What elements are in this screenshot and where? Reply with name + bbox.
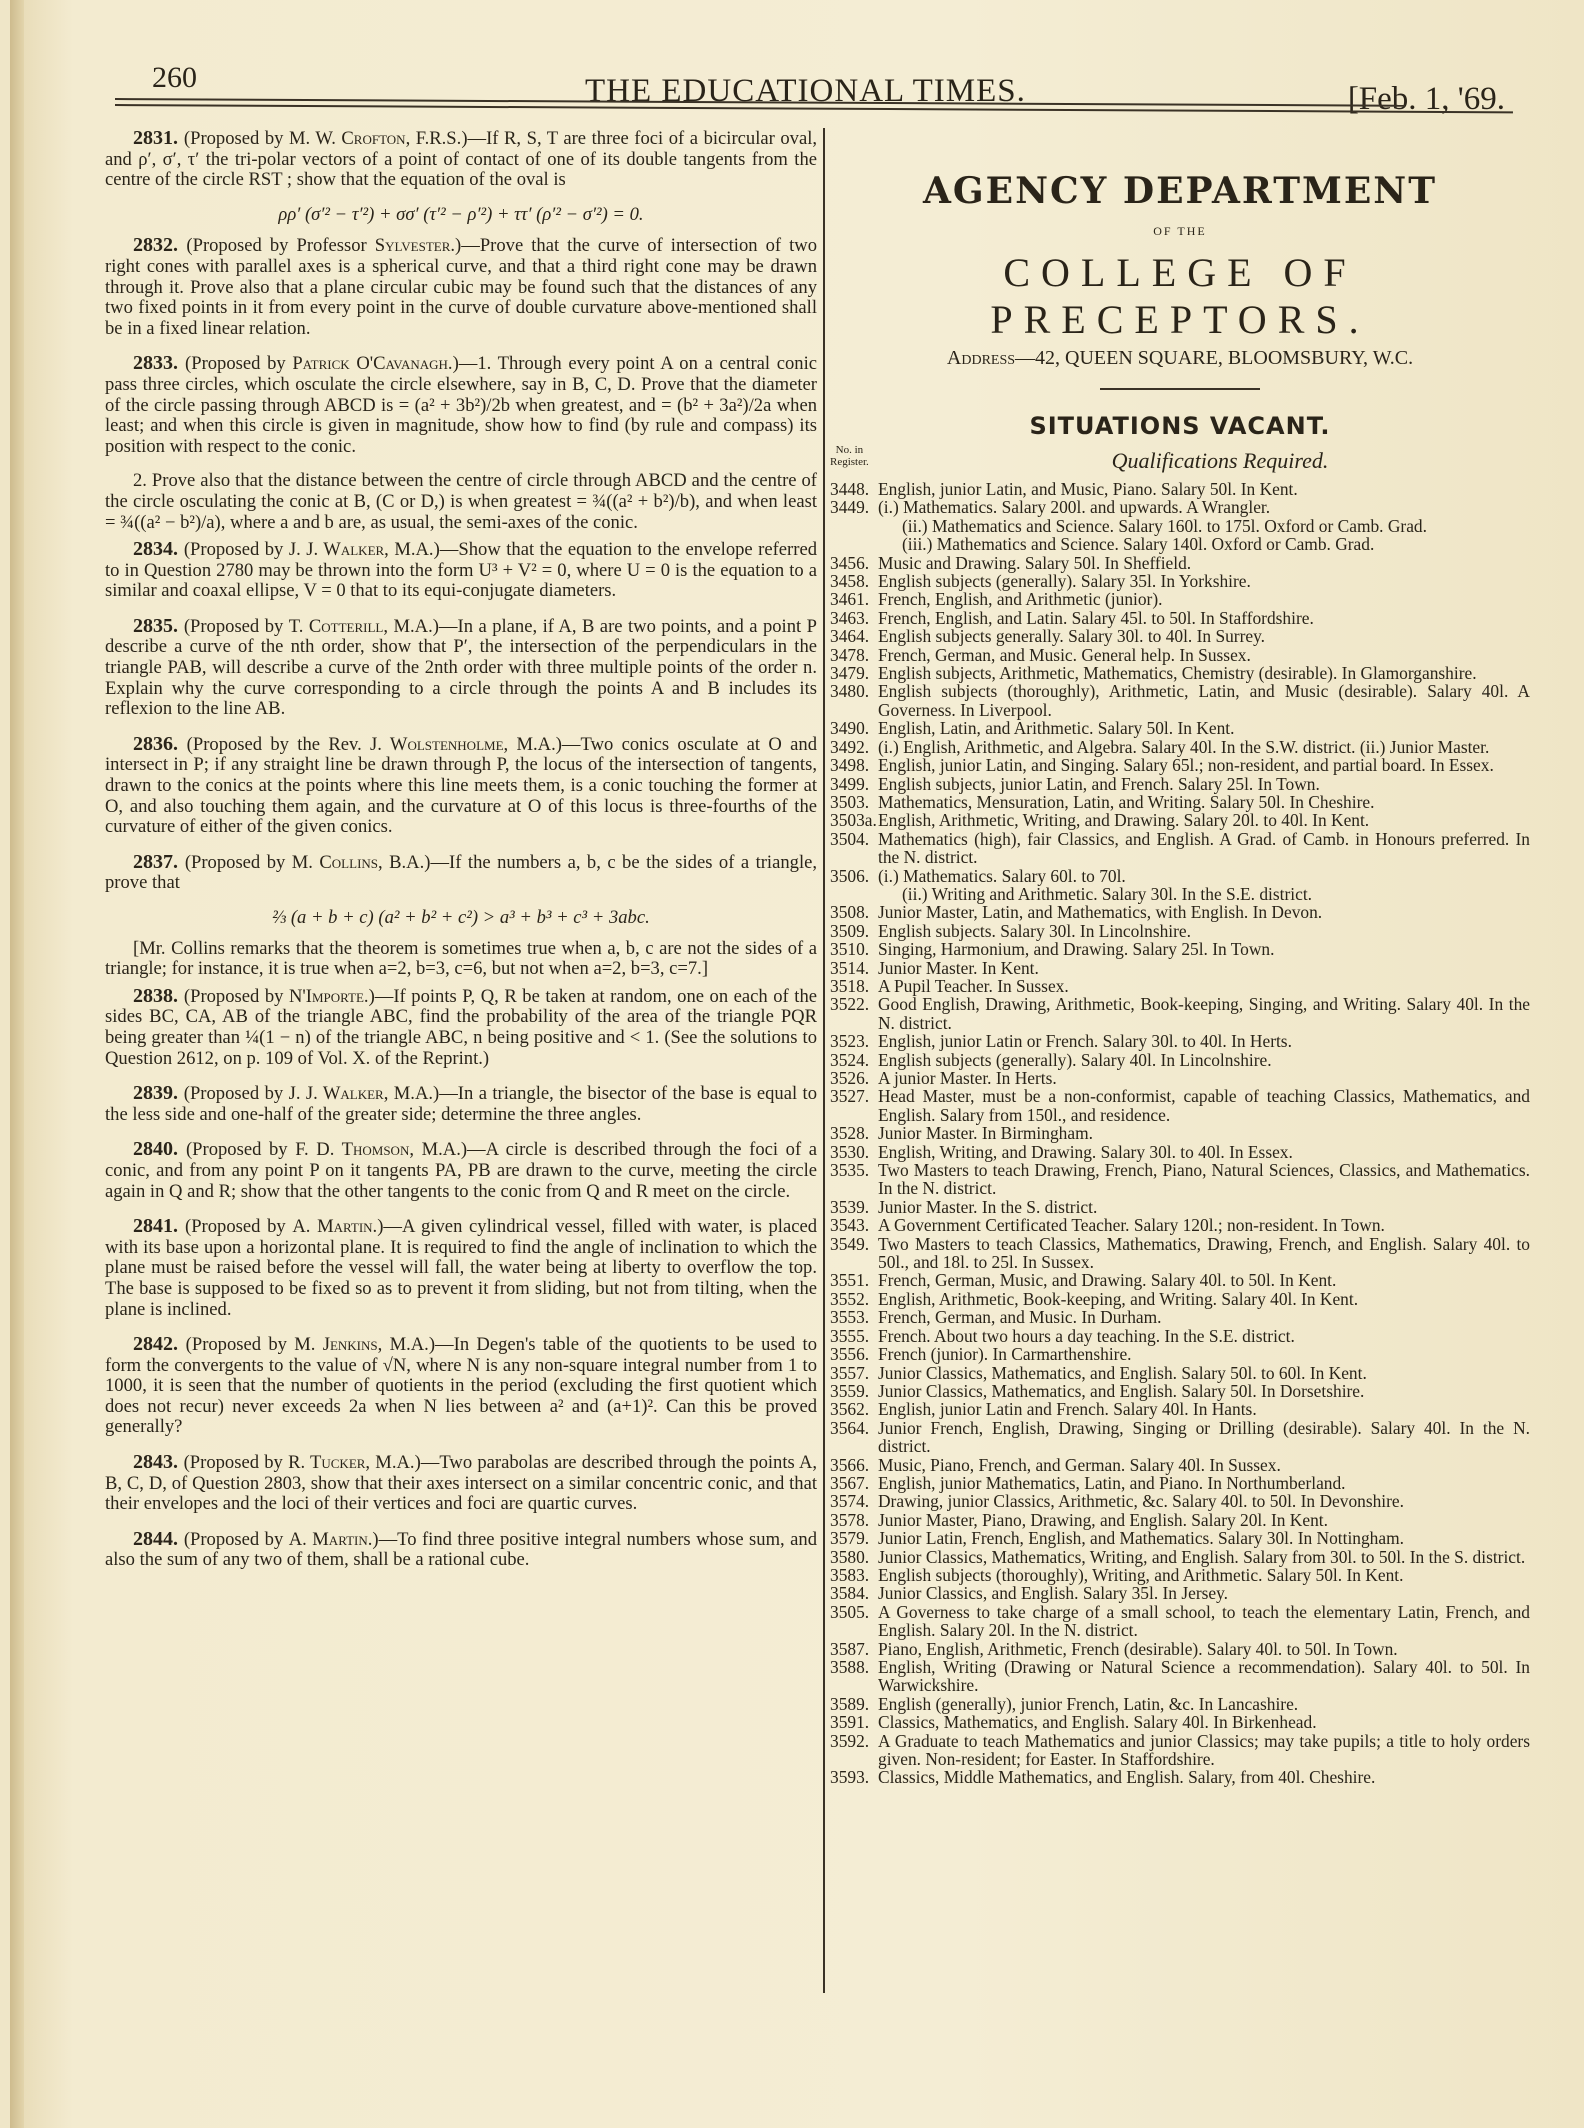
situation-entry: 3458.English subjects (generally). Salar…: [830, 572, 1530, 590]
situation-qualifications: (i.) Mathematics. Salary 60l. to 70l.: [878, 867, 1530, 885]
situation-entry: 3543.A Government Certificated Teacher. …: [830, 1216, 1530, 1234]
situation-entry: 3562.English, junior Latin and French. S…: [830, 1400, 1530, 1418]
proposed-by-prefix: (Proposed by: [185, 353, 292, 374]
register-number: 3539.: [830, 1198, 878, 1216]
proposer-name: F. D. Thomson, M.A.: [295, 1139, 461, 1160]
register-number: 3556.: [830, 1345, 878, 1363]
situation-qualifications: English, Arithmetic, Book-keeping, and W…: [878, 1290, 1530, 1308]
situation-qualifications: Junior Classics, Mathematics, and Englis…: [878, 1364, 1530, 1382]
register-number: 3592.: [830, 1732, 878, 1769]
column-headers: No. inRegister. Qualifications Required.: [830, 440, 1530, 480]
register-number: [830, 885, 878, 903]
situation-qualifications: Drawing, junior Classics, Arithmetic, &c…: [878, 1492, 1530, 1510]
question-2833: 2833. (Proposed by Patrick O'Cavanagh.)—…: [105, 353, 817, 457]
situation-qualifications: English subjects. Salary 30l. In Lincoln…: [878, 922, 1530, 940]
situation-qualifications: A Pupil Teacher. In Sussex.: [878, 977, 1530, 995]
situation-qualifications: (i.) Mathematics. Salary 200l. and upwar…: [878, 498, 1530, 516]
register-number: 3557.: [830, 1364, 878, 1382]
question-number: 2839.: [133, 1082, 184, 1104]
question-2843: 2843. (Proposed by R. Tucker, M.A.)—Two …: [105, 1452, 817, 1515]
proposed-by-prefix: (Proposed by: [184, 1452, 288, 1473]
register-number: 3461.: [830, 590, 878, 608]
register-number: 3510.: [830, 940, 878, 958]
situation-qualifications: English, Writing, and Drawing. Salary 30…: [878, 1143, 1530, 1161]
situation-entry: 3587.Piano, English, Arithmetic, French …: [830, 1640, 1530, 1658]
proposed-by-prefix: (Proposed by: [185, 1216, 292, 1237]
register-number: 3578.: [830, 1511, 878, 1529]
situation-entry: 3492.(i.) English, Arithmetic, and Algeb…: [830, 738, 1530, 756]
situation-entry: 3499.English subjects, junior Latin, and…: [830, 775, 1530, 793]
register-number: 3552.: [830, 1290, 878, 1308]
situation-entry: 3578.Junior Master, Piano, Drawing, and …: [830, 1511, 1530, 1529]
situation-entry: 3574.Drawing, junior Classics, Arithmeti…: [830, 1492, 1530, 1510]
register-number: 3549.: [830, 1235, 878, 1272]
situation-qualifications: English subjects (generally). Salary 40l…: [878, 1051, 1530, 1069]
register-number: 3505.: [830, 1603, 878, 1640]
question-number: 2836.: [133, 733, 187, 755]
situation-qualifications: French, English, and Latin. Salary 45l. …: [878, 609, 1530, 627]
situation-qualifications: Head Master, must be a non-conformist, c…: [878, 1087, 1530, 1124]
proposer-name: M. W. Crofton, F.R.S.: [289, 128, 461, 149]
register-number: [830, 517, 878, 535]
address-label: Address: [947, 347, 1015, 369]
situation-qualifications: Two Masters to teach Classics, Mathemati…: [878, 1235, 1530, 1272]
proposed-by-prefix: (Proposed by the Rev.: [187, 734, 370, 755]
register-number: 3518.: [830, 977, 878, 995]
question-2836: 2836. (Proposed by the Rev. J. Wolstenho…: [105, 734, 817, 838]
page-spine-shadow: [10, 0, 24, 2128]
situation-entry: 3588.English, Writing (Drawing or Natura…: [830, 1658, 1530, 1695]
question-number: 2840.: [133, 1138, 186, 1160]
register-number: 3564.: [830, 1419, 878, 1456]
equation: ⅔ (a + b + c) (a² + b² + c²) > a³ + b³ +…: [105, 908, 817, 929]
question-2839: 2839. (Proposed by J. J. Walker, M.A.)—I…: [105, 1083, 817, 1125]
situation-entry: (ii.) Mathematics and Science. Salary 16…: [830, 517, 1530, 535]
of-the-label: OF THE: [830, 224, 1530, 239]
situation-entry: 3530.English, Writing, and Drawing. Sala…: [830, 1143, 1530, 1161]
proposer-name: J. Wolstenholme, M.A.: [370, 734, 556, 755]
agency-department-column: AGENCY DEPARTMENT OF THE COLLEGE OF PREC…: [830, 160, 1530, 1787]
situation-qualifications: French, German, Music, and Drawing. Sala…: [878, 1271, 1530, 1289]
situation-qualifications: Piano, English, Arithmetic, French (desi…: [878, 1640, 1530, 1658]
situation-qualifications: A junior Master. In Herts.: [878, 1069, 1530, 1087]
situation-entry: 3539.Junior Master. In the S. district.: [830, 1198, 1530, 1216]
situation-qualifications: (i.) English, Arithmetic, and Algebra. S…: [878, 738, 1530, 756]
register-number: 3504.: [830, 830, 878, 867]
register-number: 3553.: [830, 1308, 878, 1326]
situation-qualifications: A Graduate to teach Mathematics and juni…: [878, 1732, 1530, 1769]
proposer-name: Sylvester.: [375, 235, 455, 256]
situation-entry: (iii.) Mathematics and Science. Salary 1…: [830, 535, 1530, 553]
register-number: 3506.: [830, 867, 878, 885]
situation-entry: 3552.English, Arithmetic, Book-keeping, …: [830, 1290, 1530, 1308]
situation-entry: 3478.French, German, and Music. General …: [830, 646, 1530, 664]
register-number: 3523.: [830, 1032, 878, 1050]
situation-entry: 3503.Mathematics, Mensuration, Latin, an…: [830, 793, 1530, 811]
college-title: COLLEGE OF PRECEPTORS.: [830, 249, 1530, 343]
situation-entry: 3527.Head Master, must be a non-conformi…: [830, 1087, 1530, 1124]
situation-entry: (ii.) Writing and Arithmetic. Salary 30l…: [830, 885, 1530, 903]
question-number: 2844.: [133, 1528, 184, 1550]
proposer-name: A. Martin.: [289, 1529, 373, 1550]
situation-qualifications: English subjects, junior Latin, and Fren…: [878, 775, 1530, 793]
question-number: 2841.: [133, 1215, 185, 1237]
situation-qualifications: English, junior Latin or French. Salary …: [878, 1032, 1530, 1050]
question-number: 2837.: [133, 851, 185, 873]
mathematical-questions-column: 2831. (Proposed by M. W. Crofton, F.R.S.…: [105, 128, 817, 1585]
situation-entry: 3557.Junior Classics, Mathematics, and E…: [830, 1364, 1530, 1382]
question-2831: 2831. (Proposed by M. W. Crofton, F.R.S.…: [105, 128, 817, 191]
question-2838: 2838. (Proposed by N'Importe.)—If points…: [105, 986, 817, 1069]
situation-qualifications: Junior Master. In the S. district.: [878, 1198, 1530, 1216]
situation-qualifications: French, English, and Arithmetic (junior)…: [878, 590, 1530, 608]
situation-qualifications: A Governess to take charge of a small sc…: [878, 1603, 1530, 1640]
situation-entry: 3498.English, junior Latin, and Singing.…: [830, 756, 1530, 774]
proposer-name: M. Jenkins, M.A.: [294, 1334, 429, 1355]
situation-qualifications: Two Masters to teach Drawing, French, Pi…: [878, 1161, 1530, 1198]
question-2840: 2840. (Proposed by F. D. Thomson, M.A.)—…: [105, 1139, 817, 1202]
proposed-by-prefix: (Proposed by: [184, 986, 289, 1007]
section-rule: [1100, 388, 1260, 390]
situation-qualifications: English, junior Mathematics, Latin, and …: [878, 1474, 1530, 1492]
situation-qualifications: Classics, Mathematics, and English. Sala…: [878, 1713, 1530, 1731]
register-number: 3492.: [830, 738, 878, 756]
situation-entry: 3503a.English, Arithmetic, Writing, and …: [830, 811, 1530, 829]
question-number: 2831.: [133, 127, 184, 149]
situation-qualifications: A Government Certificated Teacher. Salar…: [878, 1216, 1530, 1234]
register-number: 3562.: [830, 1400, 878, 1418]
situation-entry: 3480.English subjects (thoroughly), Arit…: [830, 682, 1530, 719]
situation-entry: 3456.Music and Drawing. Salary 50l. In S…: [830, 554, 1530, 572]
situation-entry: 3518.A Pupil Teacher. In Sussex.: [830, 977, 1530, 995]
proposer-name: N'Importe.: [289, 986, 369, 1007]
question-2835: 2835. (Proposed by T. Cotterill, M.A.)—I…: [105, 616, 817, 720]
register-number: 3584.: [830, 1584, 878, 1602]
situation-entry: 3490.English, Latin, and Arithmetic. Sal…: [830, 719, 1530, 737]
question-number: 2834.: [133, 538, 184, 560]
situation-entry: 3448.English, junior Latin, and Music, P…: [830, 480, 1530, 498]
register-number: 3591.: [830, 1713, 878, 1731]
situation-qualifications: French. About two hours a day teaching. …: [878, 1327, 1530, 1345]
situation-entry: 3522.Good English, Drawing, Arithmetic, …: [830, 995, 1530, 1032]
register-number: 3530.: [830, 1143, 878, 1161]
register-number: 3551.: [830, 1271, 878, 1289]
situation-entry: 3523.English, junior Latin or French. Sa…: [830, 1032, 1530, 1050]
proposed-by-prefix: (Proposed by: [184, 539, 289, 560]
situation-qualifications: Junior Classics, Mathematics, and Englis…: [878, 1382, 1530, 1400]
register-number: [830, 535, 878, 553]
situation-qualifications: Singing, Harmonium, and Drawing. Salary …: [878, 940, 1530, 958]
register-number: 3480.: [830, 682, 878, 719]
situations-vacant-heading: SITUATIONS VACANT.: [830, 412, 1530, 440]
situation-entry: 3510.Singing, Harmonium, and Drawing. Sa…: [830, 940, 1530, 958]
situation-entry: 3580.Junior Classics, Mathematics, Writi…: [830, 1548, 1530, 1566]
situation-qualifications: French, German, and Music. In Durham.: [878, 1308, 1530, 1326]
situation-qualifications: Junior French, English, Drawing, Singing…: [878, 1419, 1530, 1456]
register-number: 3498.: [830, 756, 878, 774]
situation-entry: 3553.French, German, and Music. In Durha…: [830, 1308, 1530, 1326]
situation-entry: 3505.A Governess to take charge of a sma…: [830, 1603, 1530, 1640]
situation-entry: 3555.French. About two hours a day teach…: [830, 1327, 1530, 1345]
situation-entry: 3504.Mathematics (high), fair Classics, …: [830, 830, 1530, 867]
situation-entry: 3566.Music, Piano, French, and German. S…: [830, 1456, 1530, 1474]
register-number: 3456.: [830, 554, 878, 572]
situation-entry: 3514.Junior Master. In Kent.: [830, 959, 1530, 977]
situation-entry: 3506.(i.) Mathematics. Salary 60l. to 70…: [830, 867, 1530, 885]
agency-title: AGENCY DEPARTMENT: [830, 170, 1530, 212]
question-2844: 2844. (Proposed by A. Martin.)—To find t…: [105, 1529, 817, 1571]
register-number: 3499.: [830, 775, 878, 793]
situation-qualifications: (ii.) Mathematics and Science. Salary 16…: [878, 517, 1530, 535]
situation-qualifications: English, junior Latin, and Singing. Sala…: [878, 756, 1530, 774]
register-number: 3449.: [830, 498, 878, 516]
situation-entry: 3551.French, German, Music, and Drawing.…: [830, 1271, 1530, 1289]
situation-entry: 3564.Junior French, English, Drawing, Si…: [830, 1419, 1530, 1456]
register-number: 3522.: [830, 995, 878, 1032]
proposer-name: M. Collins, B.A.: [292, 852, 425, 873]
proposer-name: R. Tucker, M.A.: [288, 1452, 415, 1473]
situations-list: 3448.English, junior Latin, and Music, P…: [830, 480, 1530, 1787]
register-number: 3535.: [830, 1161, 878, 1198]
situation-qualifications: English, junior Latin and French. Salary…: [878, 1400, 1530, 1418]
register-number: 3543.: [830, 1216, 878, 1234]
register-number: 3528.: [830, 1124, 878, 1142]
register-number: 3508.: [830, 903, 878, 921]
proposer-name: A. Martin.: [292, 1216, 377, 1237]
situation-qualifications: Mathematics, Mensuration, Latin, and Wri…: [878, 793, 1530, 811]
situation-entry: 3526.A junior Master. In Herts.: [830, 1069, 1530, 1087]
situation-entry: 3579.Junior Latin, French, English, and …: [830, 1529, 1530, 1547]
situation-qualifications: Junior Latin, French, English, and Mathe…: [878, 1529, 1530, 1547]
question-2834: 2834. (Proposed by J. J. Walker, M.A.)—S…: [105, 539, 817, 602]
situation-qualifications: Junior Master. In Birmingham.: [878, 1124, 1530, 1142]
register-number: 3463.: [830, 609, 878, 627]
proposed-by-prefix: (Proposed by: [184, 616, 289, 637]
question-number: 2835.: [133, 615, 184, 637]
question-number: 2833.: [133, 352, 185, 374]
situation-qualifications: (ii.) Writing and Arithmetic. Salary 30l…: [878, 885, 1530, 903]
situation-entry: 3509.English subjects. Salary 30l. In Li…: [830, 922, 1530, 940]
proposed-by-prefix: (Proposed by: [184, 1083, 289, 1104]
equation: ρρ′ (σ′² − τ′²) + σσ′ (τ′² − ρ′²) + ττ′ …: [105, 205, 817, 226]
situation-qualifications: English, Writing (Drawing or Natural Sci…: [878, 1658, 1530, 1695]
register-number: 3589.: [830, 1695, 878, 1713]
register-number: 3566.: [830, 1456, 878, 1474]
situation-qualifications: English subjects generally. Salary 30l. …: [878, 627, 1530, 645]
situation-entry: 3593.Classics, Middle Mathematics, and E…: [830, 1768, 1530, 1786]
register-number: 3526.: [830, 1069, 878, 1087]
situation-qualifications: Classics, Middle Mathematics, and Englis…: [878, 1768, 1530, 1786]
register-number: 3514.: [830, 959, 878, 977]
register-number: 3524.: [830, 1051, 878, 1069]
address-line: Address—42, QUEEN SQUARE, BLOOMSBURY, W.…: [830, 347, 1530, 370]
register-number: 3490.: [830, 719, 878, 737]
qualifications-header: Qualifications Required.: [980, 448, 1460, 474]
situation-entry: 3549.Two Masters to teach Classics, Math…: [830, 1235, 1530, 1272]
register-number: 3580.: [830, 1548, 878, 1566]
situation-entry: 3584.Junior Classics, and English. Salar…: [830, 1584, 1530, 1602]
situation-qualifications: English, junior Latin, and Music, Piano.…: [878, 480, 1530, 498]
register-number: 3579.: [830, 1529, 878, 1547]
situation-qualifications: Music, Piano, French, and German. Salary…: [878, 1456, 1530, 1474]
situation-entry: 3559.Junior Classics, Mathematics, and E…: [830, 1382, 1530, 1400]
situation-entry: 3464.English subjects generally. Salary …: [830, 627, 1530, 645]
proposed-by-prefix: (Proposed by Professor: [186, 235, 374, 256]
situation-qualifications: English, Arithmetic, Writing, and Drawin…: [878, 811, 1530, 829]
situation-entry: 3589.English (generally), junior French,…: [830, 1695, 1530, 1713]
question-number: 2832.: [133, 234, 186, 256]
question-2837: 2837. (Proposed by M. Collins, B.A.)—If …: [105, 852, 817, 894]
register-number: 3593.: [830, 1768, 878, 1786]
question-number: 2843.: [133, 1451, 184, 1473]
register-number: 3448.: [830, 480, 878, 498]
situation-entry: 3592.A Graduate to teach Mathematics and…: [830, 1732, 1530, 1769]
proposed-by-prefix: (Proposed by: [186, 1139, 295, 1160]
situation-qualifications: English subjects, Arithmetic, Mathematic…: [878, 664, 1530, 682]
question-part-2: 2. Prove also that the distance between …: [105, 471, 817, 533]
situation-qualifications: Junior Classics, Mathematics, Writing, a…: [878, 1548, 1530, 1566]
situation-qualifications: English (generally), junior French, Lati…: [878, 1695, 1530, 1713]
situation-entry: 3463.French, English, and Latin. Salary …: [830, 609, 1530, 627]
proposed-by-prefix: (Proposed by: [186, 1334, 295, 1355]
register-number: 3478.: [830, 646, 878, 664]
question-number: 2842.: [133, 1333, 186, 1355]
question-2841: 2841. (Proposed by A. Martin.)—A given c…: [105, 1216, 817, 1320]
proposed-by-prefix: (Proposed by: [185, 852, 292, 873]
situation-entry: 3556.French (junior). In Carmarthenshire…: [830, 1345, 1530, 1363]
situation-qualifications: French (junior). In Carmarthenshire.: [878, 1345, 1530, 1363]
proposed-by-prefix: (Proposed by: [184, 1529, 289, 1550]
situation-qualifications: English, Latin, and Arithmetic. Salary 5…: [878, 719, 1530, 737]
situation-qualifications: Mathematics (high), fair Classics, and E…: [878, 830, 1530, 867]
situation-entry: 3524.English subjects (generally). Salar…: [830, 1051, 1530, 1069]
situation-qualifications: Junior Master, Latin, and Mathematics, w…: [878, 903, 1530, 921]
register-number: 3479.: [830, 664, 878, 682]
proposer-name: T. Cotterill, M.A.: [289, 616, 433, 637]
situation-qualifications: Junior Classics, and English. Salary 35l…: [878, 1584, 1530, 1602]
situation-entry: 3508.Junior Master, Latin, and Mathemati…: [830, 903, 1530, 921]
situation-qualifications: (iii.) Mathematics and Science. Salary 1…: [878, 535, 1530, 553]
situation-qualifications: English subjects (generally). Salary 35l…: [878, 572, 1530, 590]
register-number: 3567.: [830, 1474, 878, 1492]
column-divider: [823, 128, 825, 1993]
situation-qualifications: Junior Master, Piano, Drawing, and Engli…: [878, 1511, 1530, 1529]
register-number: 3509.: [830, 922, 878, 940]
register-number: 3583.: [830, 1566, 878, 1584]
proposer-name: J. J. Walker, M.A.: [289, 539, 434, 560]
situation-qualifications: Music and Drawing. Salary 50l. In Sheffi…: [878, 554, 1530, 572]
proposed-by-prefix: (Proposed by: [184, 128, 289, 149]
situation-qualifications: Junior Master. In Kent.: [878, 959, 1530, 977]
situation-entry: 3591.Classics, Mathematics, and English.…: [830, 1713, 1530, 1731]
proposer-name: Patrick O'Cavanagh.: [292, 353, 452, 374]
proposer-name: J. J. Walker, M.A.: [289, 1083, 433, 1104]
situation-qualifications: English subjects (thoroughly), Arithmeti…: [878, 682, 1530, 719]
question-2842: 2842. (Proposed by M. Jenkins, M.A.)—In …: [105, 1334, 817, 1438]
register-number-header: No. inRegister.: [830, 444, 869, 468]
situation-qualifications: English subjects (thoroughly), Writing, …: [878, 1566, 1530, 1584]
situation-entry: 3535.Two Masters to teach Drawing, Frenc…: [830, 1161, 1530, 1198]
situation-entry: 3528.Junior Master. In Birmingham.: [830, 1124, 1530, 1142]
editorial-note: [Mr. Collins remarks that the theorem is…: [105, 939, 817, 980]
situation-entry: 3461.French, English, and Arithmetic (ju…: [830, 590, 1530, 608]
register-number: 3588.: [830, 1658, 878, 1695]
register-number: 3555.: [830, 1327, 878, 1345]
situation-entry: 3567.English, junior Mathematics, Latin,…: [830, 1474, 1530, 1492]
register-number: 3587.: [830, 1640, 878, 1658]
question-number: 2838.: [133, 985, 184, 1007]
situation-entry: 3583.English subjects (thoroughly), Writ…: [830, 1566, 1530, 1584]
page-number: 260: [152, 61, 197, 95]
register-number: 3464.: [830, 627, 878, 645]
register-number: 3503.: [830, 793, 878, 811]
publication-title: THE EDUCATIONAL TIMES.: [585, 73, 1026, 110]
register-number: 3527.: [830, 1087, 878, 1124]
address-text: —42, QUEEN SQUARE, BLOOMSBURY, W.C.: [1015, 347, 1413, 369]
register-number: 3503a.: [830, 811, 878, 829]
situation-qualifications: French, German, and Music. General help.…: [878, 646, 1530, 664]
register-number: 3559.: [830, 1382, 878, 1400]
question-2832: 2832. (Proposed by Professor Sylvester.)…: [105, 235, 817, 339]
register-number: 3458.: [830, 572, 878, 590]
situation-entry: 3449.(i.) Mathematics. Salary 200l. and …: [830, 498, 1530, 516]
situation-entry: 3479.English subjects, Arithmetic, Mathe…: [830, 664, 1530, 682]
situation-qualifications: Good English, Drawing, Arithmetic, Book-…: [878, 995, 1530, 1032]
register-number: 3574.: [830, 1492, 878, 1510]
